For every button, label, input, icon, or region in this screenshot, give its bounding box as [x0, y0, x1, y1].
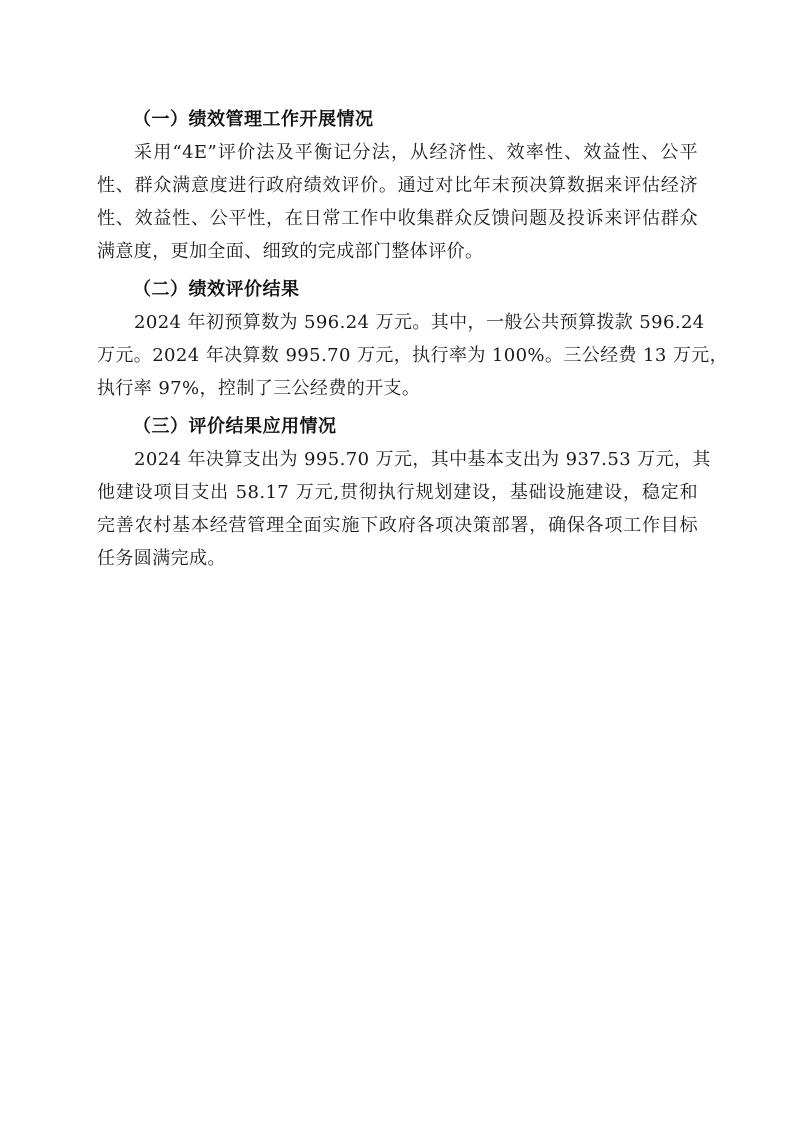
- section-heading: （三）评价结果应用情况: [97, 410, 698, 443]
- section-results-application: （三）评价结果应用情况 2024 年决算支出为 995.70 万元，其中基本支出…: [97, 410, 698, 575]
- section-paragraph: 2024 年决算支出为 995.70 万元，其中基本支出为 937.53 万元，…: [97, 443, 698, 575]
- paragraph-line: 采用“4E”评价法及平衡记分法，从经济性、效率性、效益性、公平: [97, 136, 698, 169]
- paragraph-line: 万元。2024 年决算数 995.70 万元，执行率为 100%。三公经费 13…: [97, 339, 698, 372]
- section-paragraph: 2024 年初预算数为 596.24 万元。其中，一般公共预算拨款 596.24…: [97, 306, 698, 405]
- section-heading: （二）绩效评价结果: [97, 273, 698, 306]
- section-heading: （一）绩效管理工作开展情况: [97, 103, 698, 136]
- paragraph-line: 任务圆满完成。: [97, 542, 698, 575]
- paragraph-line: 完善农村基本经营管理全面实施下政府各项决策部署，确保各项工作目标: [97, 509, 698, 542]
- paragraph-line: 他建设项目支出 58.17 万元,贯彻执行规划建设，基础设施建设，稳定和: [97, 476, 698, 509]
- section-evaluation-results: （二）绩效评价结果 2024 年初预算数为 596.24 万元。其中，一般公共预…: [97, 273, 698, 405]
- paragraph-line: 2024 年初预算数为 596.24 万元。其中，一般公共预算拨款 596.24: [97, 306, 698, 339]
- paragraph-line: 性、群众满意度进行政府绩效评价。通过对比年末预决算数据来评估经济: [97, 169, 698, 202]
- paragraph-line: 执行率 97%，控制了三公经费的开支。: [97, 372, 698, 405]
- paragraph-line: 性、效益性、公平性，在日常工作中收集群众反馈问题及投诉来评估群众: [97, 202, 698, 235]
- paragraph-line: 满意度，更加全面、细致的完成部门整体评价。: [97, 235, 698, 268]
- paragraph-line: 2024 年决算支出为 995.70 万元，其中基本支出为 937.53 万元，…: [97, 443, 698, 476]
- section-performance-management: （一）绩效管理工作开展情况 采用“4E”评价法及平衡记分法，从经济性、效率性、效…: [97, 103, 698, 268]
- section-paragraph: 采用“4E”评价法及平衡记分法，从经济性、效率性、效益性、公平 性、群众满意度进…: [97, 136, 698, 268]
- document-page: （一）绩效管理工作开展情况 采用“4E”评价法及平衡记分法，从经济性、效率性、效…: [97, 103, 698, 580]
